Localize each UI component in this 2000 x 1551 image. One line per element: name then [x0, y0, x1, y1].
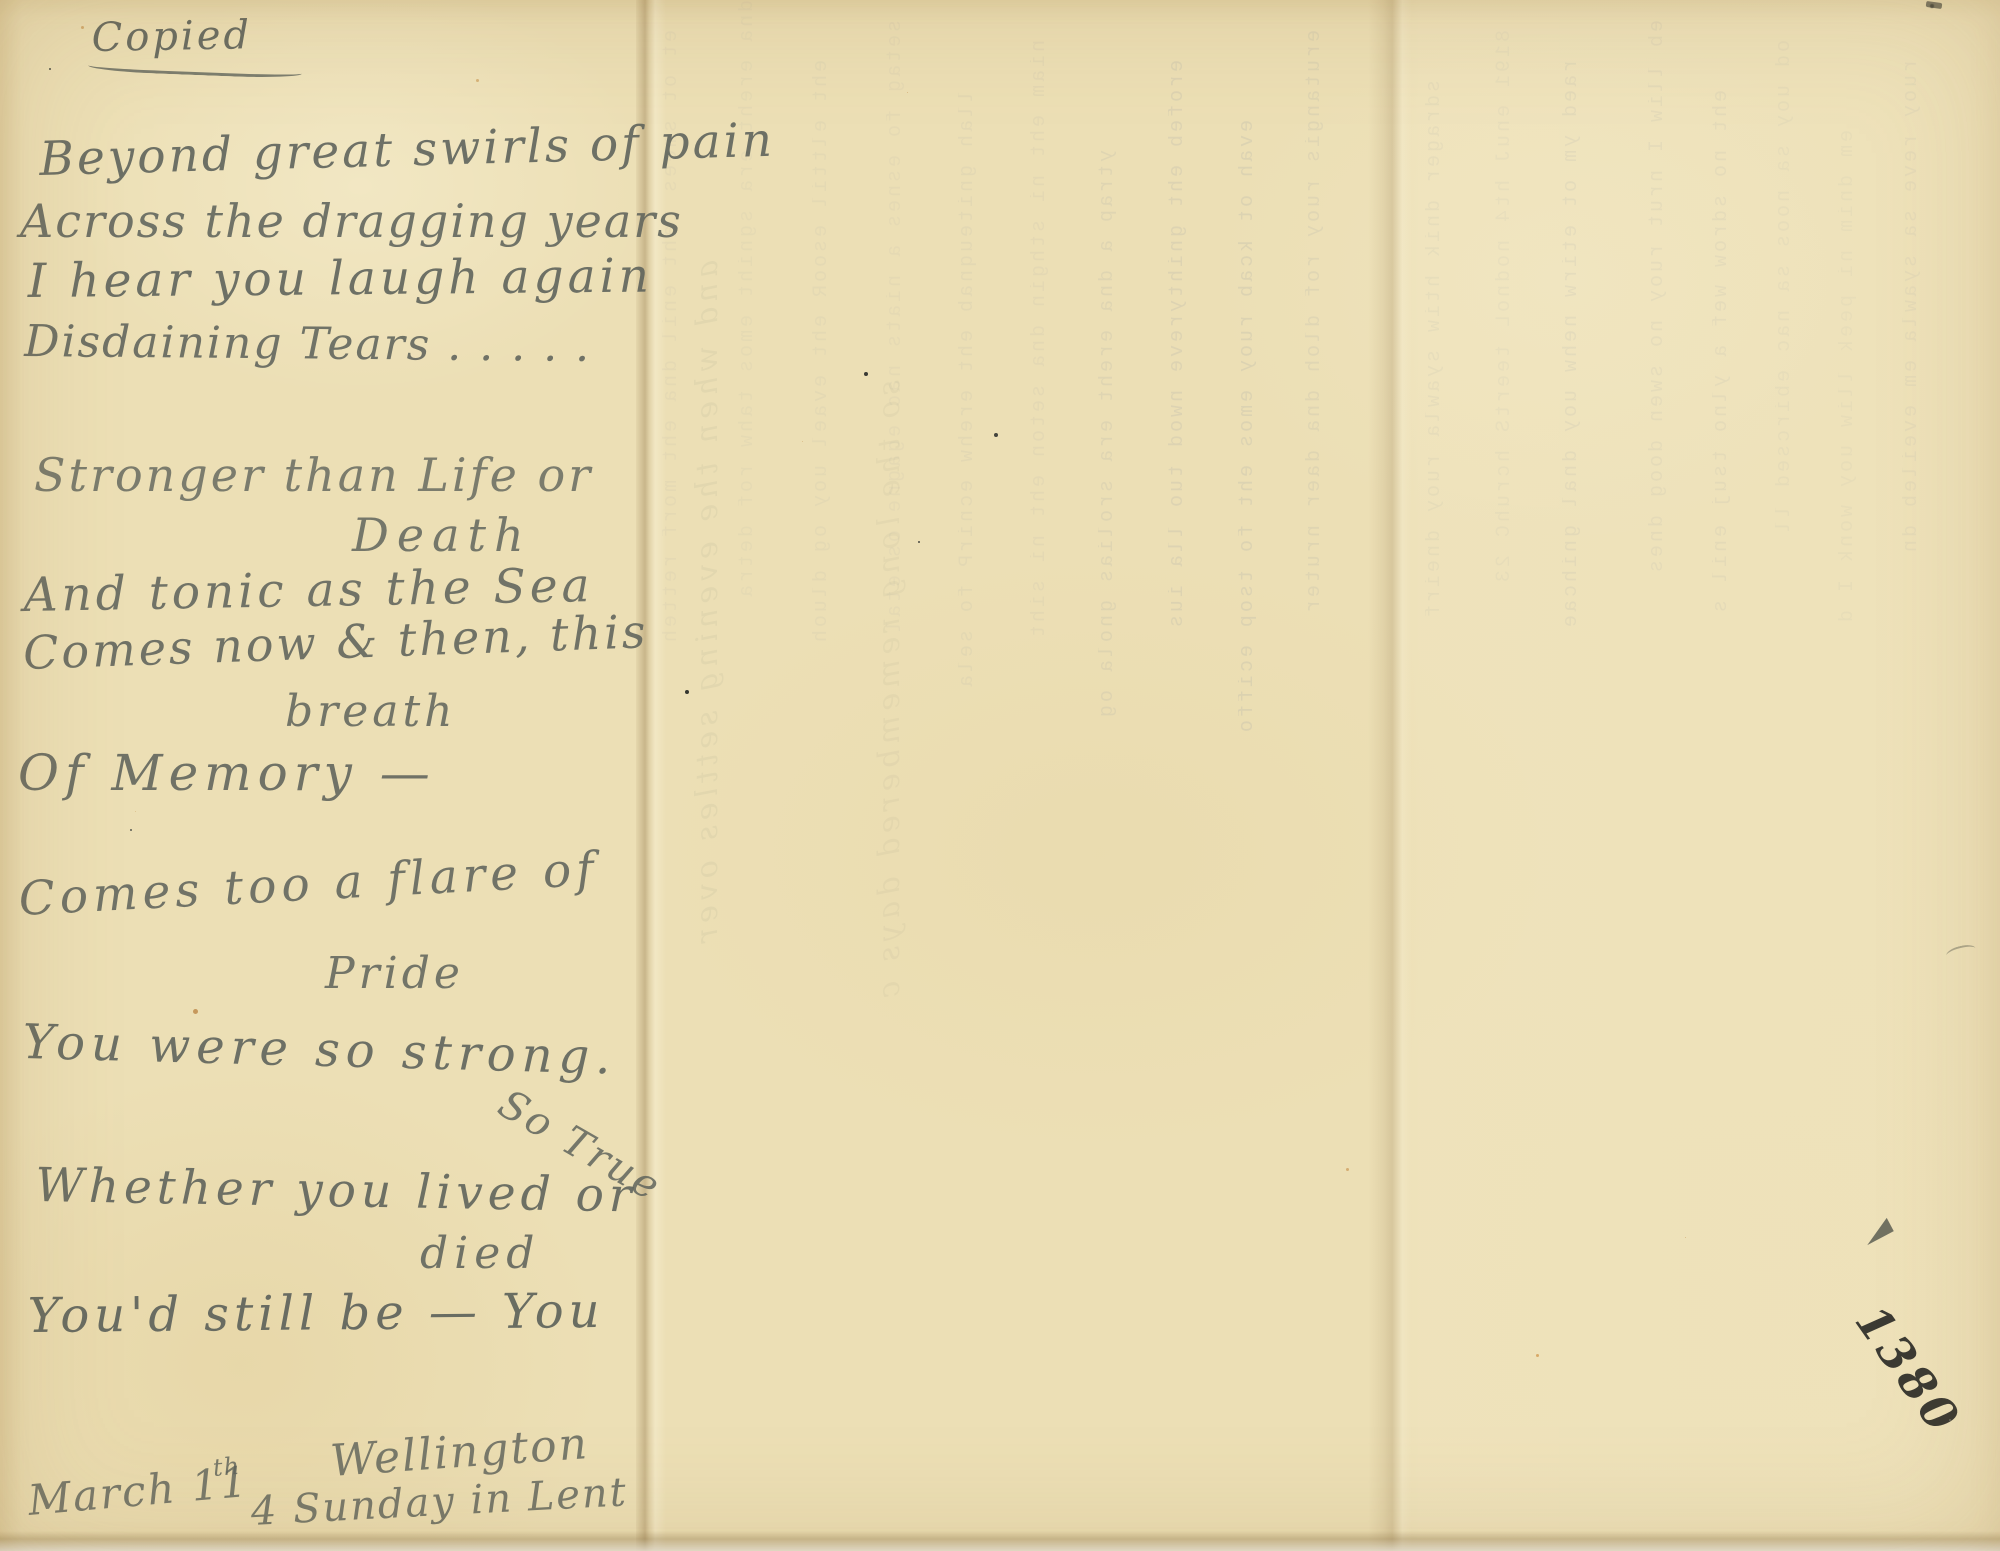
scanned-handwritten-letter: et ot smees taht enil dna eht morf rette…: [0, 0, 2000, 1551]
ink-specks: [864, 372, 868, 376]
bottom-page-edge: [0, 1531, 2000, 1551]
fold-crease-right: [1368, 0, 1412, 1551]
poem-line-indent: Death: [352, 512, 532, 558]
foxing-flecks: [193, 1009, 198, 1014]
poem-line-indent: Pride: [325, 952, 464, 996]
poem-line: Whether you lived or: [35, 1162, 637, 1219]
poem-line: Stronger than Life or: [34, 452, 593, 498]
poem-line: You were so strong.: [22, 1018, 617, 1082]
poem-line: Across the dragging years: [20, 198, 683, 244]
poem-line: I hear you laugh again: [28, 253, 654, 305]
poem-line: Of Memory —: [18, 748, 436, 798]
annotation-copied: Copied: [91, 15, 252, 58]
poem-line-indent: died: [420, 1232, 540, 1276]
date-ordinal-suffix: th: [212, 1454, 241, 1480]
poem-line-indent: breath: [285, 690, 457, 734]
poem-line: You'd still be — You: [28, 1287, 605, 1340]
poem-line: Disdaining Tears . . . . .: [24, 320, 591, 369]
